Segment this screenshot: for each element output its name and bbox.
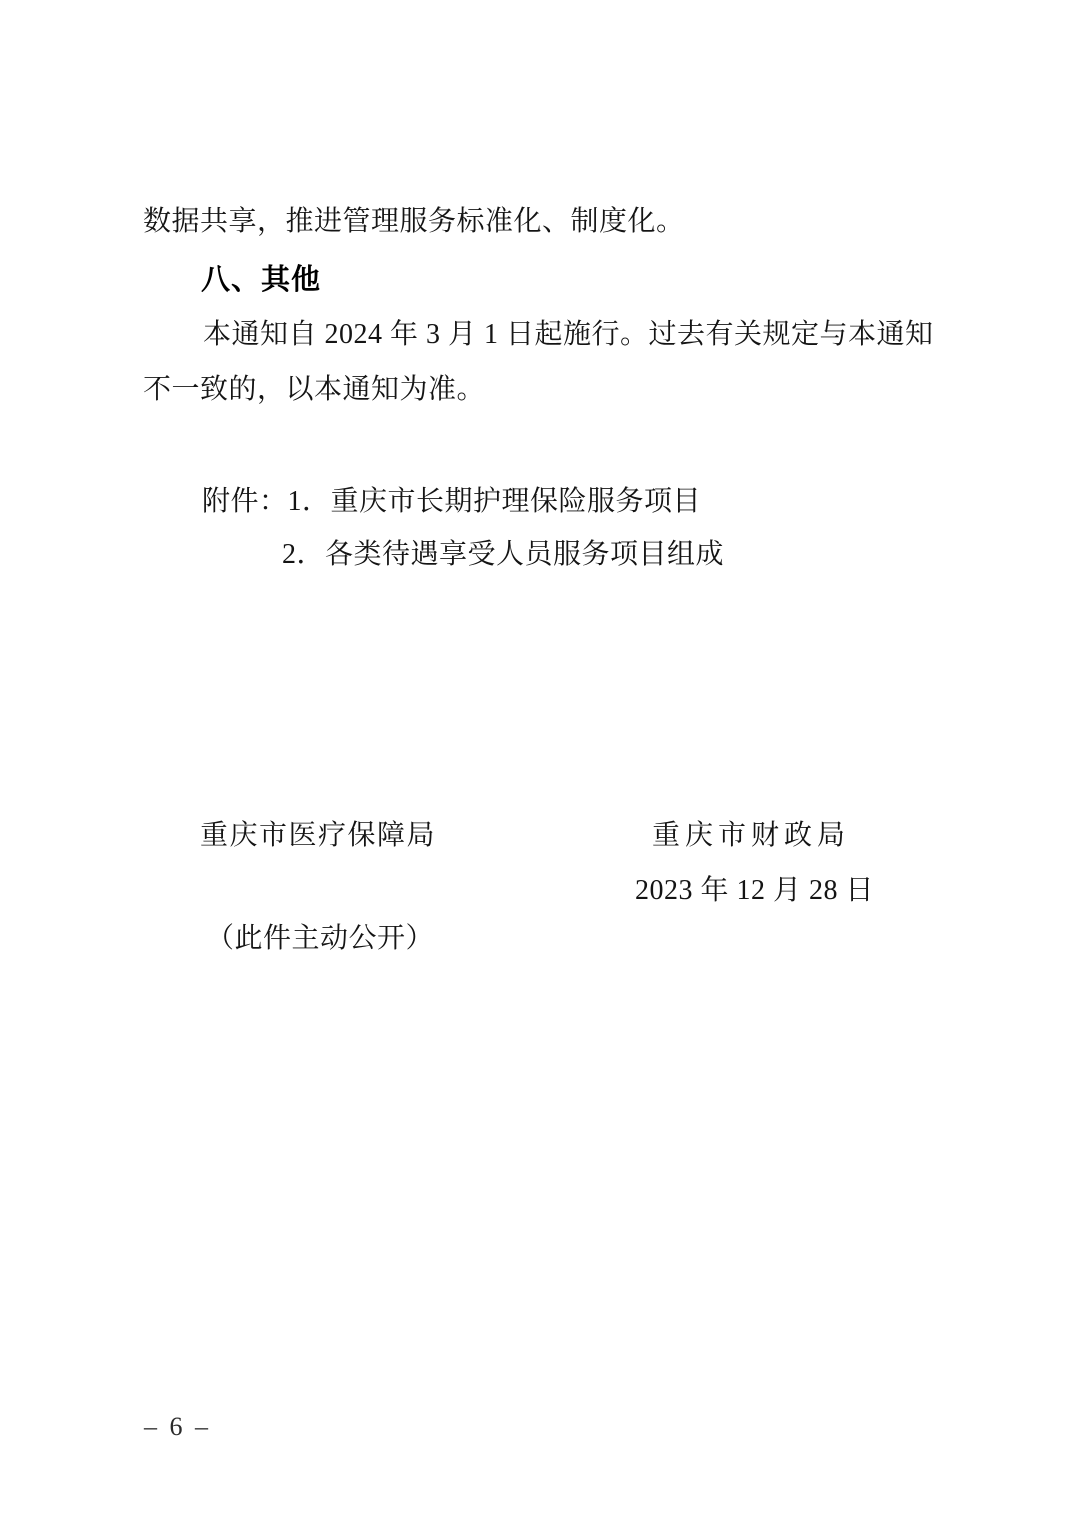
disclosure-note: （此件主动公开） bbox=[206, 923, 434, 955]
paragraph-line-2: 不一致的，以本通知为准。 bbox=[143, 374, 485, 406]
document-page: 数据共享，推进管理服务标准化、制度化。 八、其他 本通知自 2024 年 3 月… bbox=[0, 0, 1074, 1520]
issuer-right-org: 重庆市财政局 bbox=[652, 820, 850, 852]
attachment-item-1: 1．重庆市长期护理保险服务项目 bbox=[288, 486, 702, 517]
page-number: – 6 – bbox=[144, 1412, 211, 1442]
attachment-label: 附件： bbox=[202, 486, 288, 517]
attachment-item-2: 2．各类待遇享受人员服务项目组成 bbox=[282, 539, 724, 571]
attachment-line-1: 附件：1．重庆市长期护理保险服务项目 bbox=[202, 486, 701, 518]
paragraph-closing-line: 数据共享，推进管理服务标准化、制度化。 bbox=[143, 206, 685, 238]
paragraph-line-1: 本通知自 2024 年 3 月 1 日起施行。过去有关规定与本通知 bbox=[203, 319, 934, 351]
issuer-left-org: 重庆市医疗保障局 bbox=[200, 820, 436, 852]
issue-date: 2023 年 12 月 28 日 bbox=[635, 875, 874, 907]
section-heading: 八、其他 bbox=[201, 264, 321, 297]
